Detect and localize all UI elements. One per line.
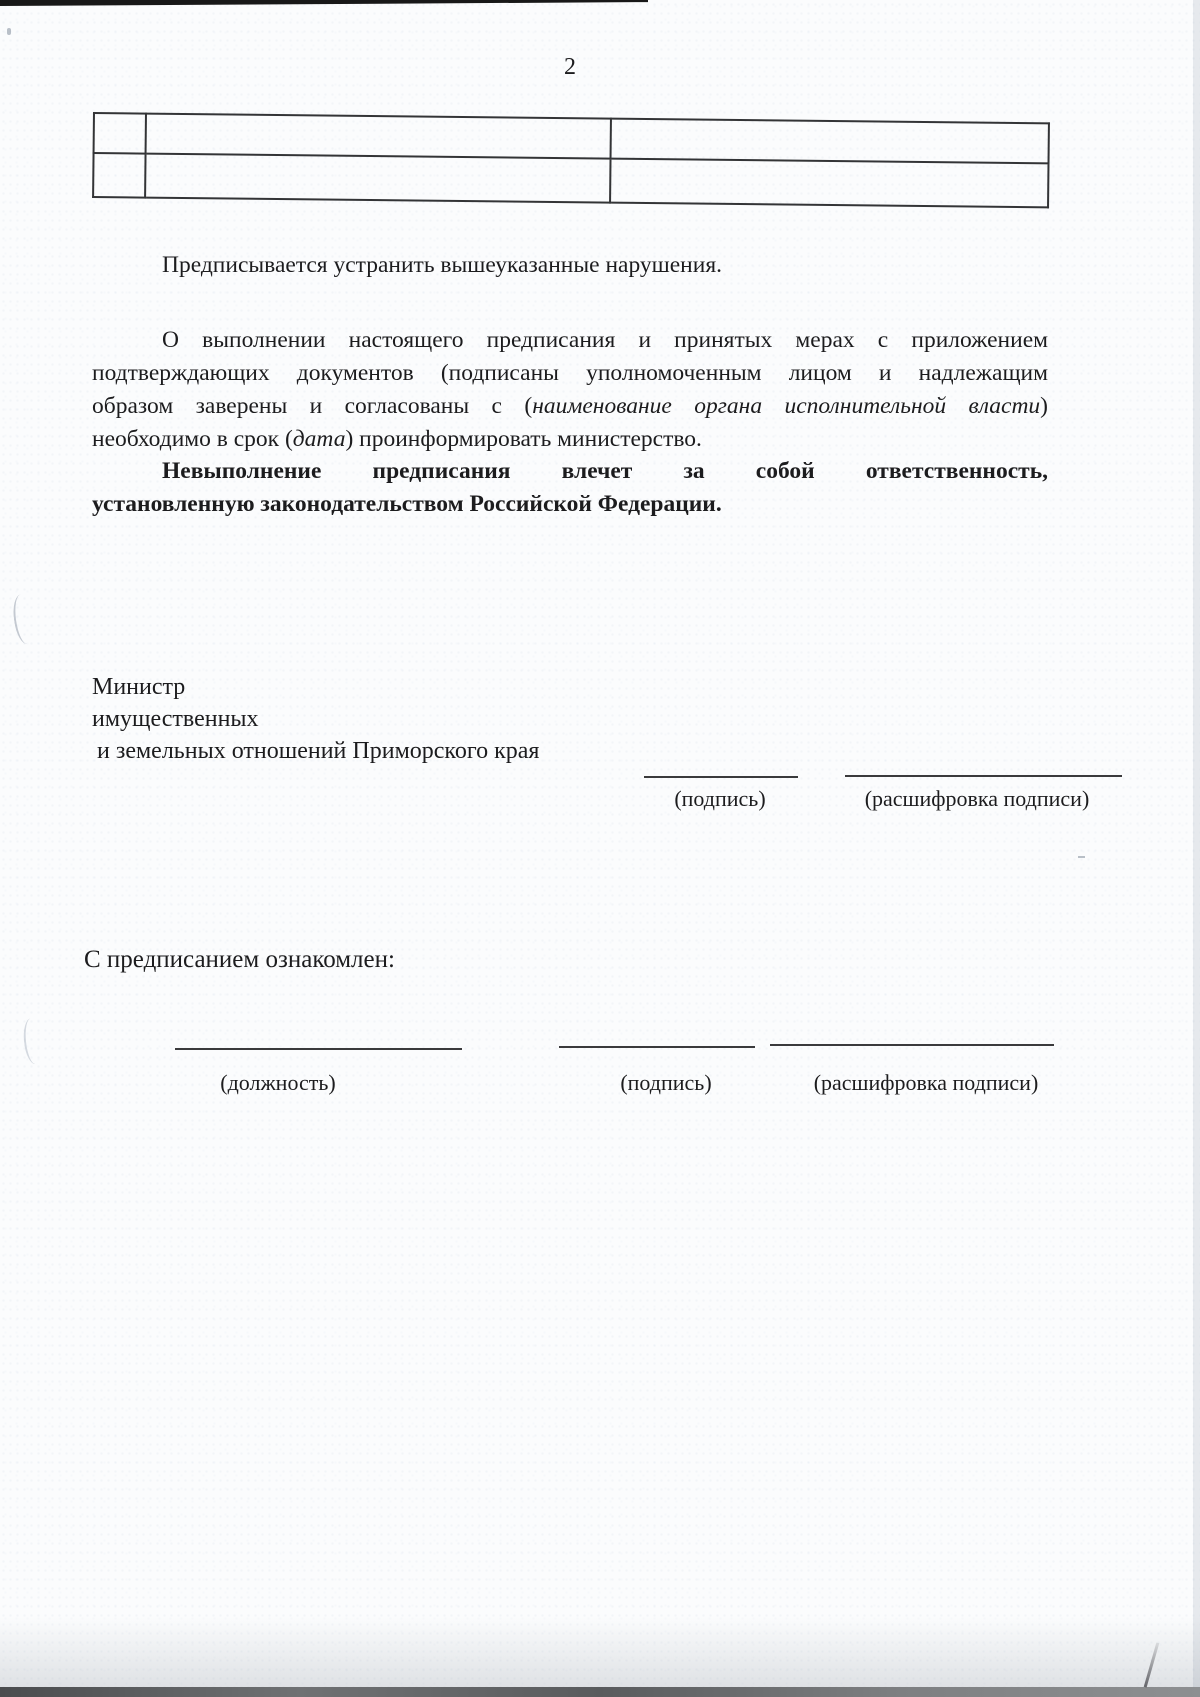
paragraph-liability-line-1: Невыполнение предписания влечет за собой… (92, 456, 1048, 486)
margin-dot-artifact (1078, 856, 1085, 858)
minister-transcript-label: (расшифровка подписи) (827, 786, 1127, 812)
acknowledgement-position-label: (должность) (158, 1070, 398, 1096)
paragraph-liability-line-2: установленную законодательством Российск… (92, 489, 1048, 519)
paragraph-report-line-4: необходимо в срок (дата) проинформироват… (92, 424, 1048, 454)
scan-bottom-edge-artifact (0, 1687, 1200, 1697)
table-cell (145, 114, 610, 159)
table-cell (94, 113, 146, 154)
scan-top-edge-artifact (0, 0, 648, 6)
minister-title-line-3: и земельных отношений Приморского края (97, 736, 539, 766)
acknowledgement-signature-line (559, 1046, 755, 1048)
text-run: подтверждающих документов (подписаны упо… (92, 360, 1048, 386)
page-number: 2 (92, 54, 1048, 81)
violations-table (92, 112, 1050, 208)
acknowledgement-title: С предписанием ознакомлен: (84, 946, 395, 974)
acknowledgement-transcript-label: (расшифровка подписи) (776, 1070, 1076, 1096)
text-run: необходимо в срок ( (92, 426, 293, 452)
text-run: О выполнении настоящего предписания и пр… (162, 327, 1048, 353)
minister-title-line-2: имущественных (92, 704, 259, 734)
text-run: образом заверены и согласованы с ( (92, 393, 532, 419)
acknowledgement-position-line (175, 1048, 462, 1050)
text-run-bold: установленную законодательством Российск… (92, 491, 722, 517)
table-cell (145, 154, 610, 203)
text-run-italic: наименование органа исполнительной власт… (532, 393, 1040, 419)
text-run: ) проинформировать министерство. (345, 426, 701, 452)
text-run: Предписывается устранить вышеуказанные н… (162, 252, 722, 278)
text-run: ) (1040, 393, 1048, 419)
paragraph-report-line-2: подтверждающих документов (подписаны упо… (92, 358, 1048, 388)
document-page: 2 Предписывается устранить вышеуказанные… (0, 0, 1200, 1697)
table-cell (93, 153, 145, 198)
table-row (93, 153, 1048, 207)
acknowledgement-signature-label: (подпись) (566, 1070, 766, 1096)
text-run-italic: дата (293, 426, 346, 452)
scan-bottom-shadow (0, 1617, 1200, 1687)
minister-signature-label: (подпись) (620, 786, 820, 812)
scan-right-edge-shade (1193, 0, 1200, 1697)
text-run-bold: Невыполнение предписания влечет за собой… (162, 458, 1048, 484)
minister-transcript-line (845, 775, 1122, 777)
margin-curve-artifact-2 (22, 1017, 49, 1065)
acknowledgement-transcript-line (770, 1044, 1054, 1046)
corner-speck-artifact (7, 28, 11, 35)
minister-title-line-1: Министр (92, 672, 185, 702)
table-cell (610, 159, 1049, 208)
paragraph-remedy: Предписывается устранить вышеуказанные н… (92, 250, 1048, 280)
paragraph-report-line-3: образом заверены и согласованы с (наимен… (92, 391, 1048, 421)
paragraph-report-line-1: О выполнении настоящего предписания и пр… (92, 325, 1048, 355)
table-cell (610, 119, 1049, 164)
minister-signature-line (644, 776, 798, 778)
margin-curve-artifact-1 (11, 593, 42, 646)
